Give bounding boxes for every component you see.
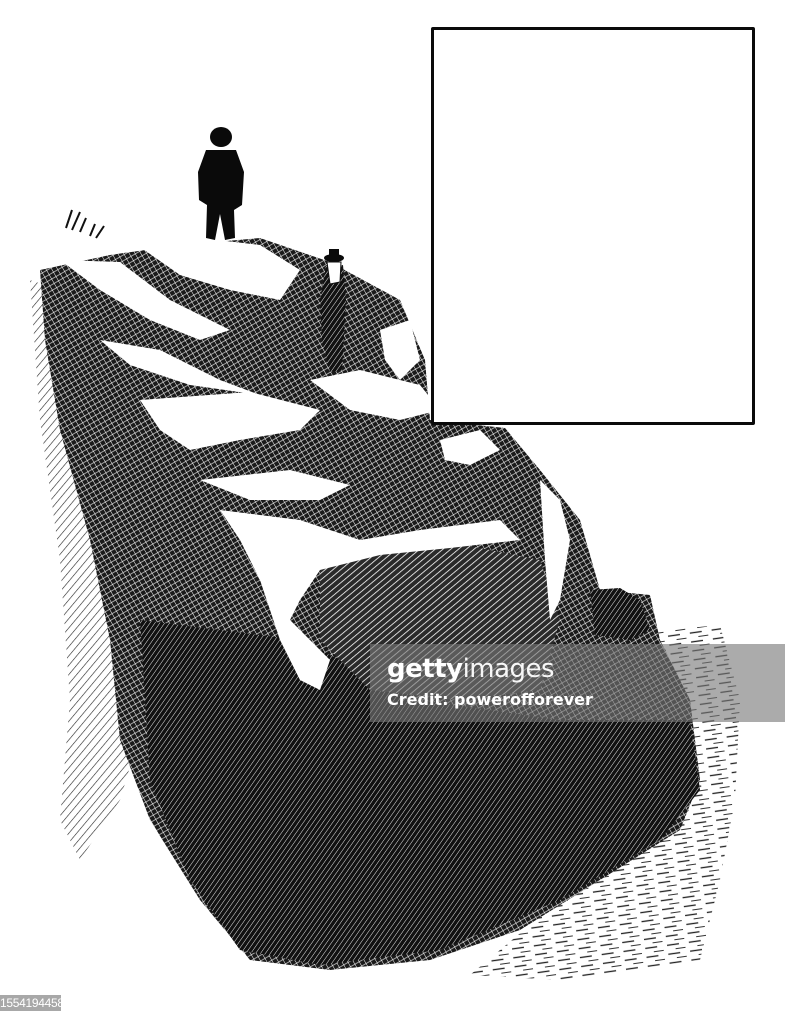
credit-text: Credit: powerofforever bbox=[387, 690, 593, 710]
brand-bold: getty bbox=[387, 654, 463, 684]
standing-figure bbox=[198, 127, 244, 240]
grass-tufts bbox=[66, 210, 104, 238]
brand-light: images bbox=[463, 654, 555, 684]
image-id-badge: 1554194458 bbox=[0, 995, 61, 1011]
getty-images-logo: gettyimages bbox=[387, 654, 554, 684]
empty-frame bbox=[431, 27, 755, 425]
watermark-band: gettyimages Credit: powerofforever bbox=[370, 644, 785, 722]
